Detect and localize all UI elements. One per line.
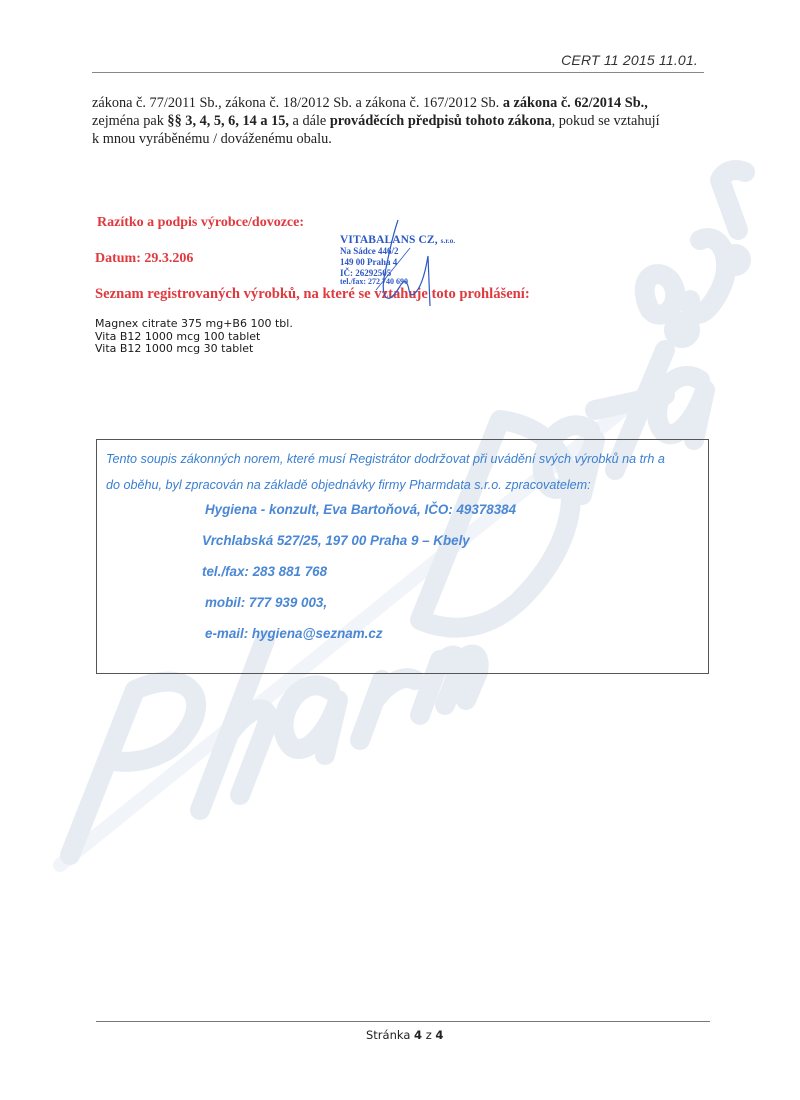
sections-bold: §§ 3, 4, 5, 6, 14 a 15,: [167, 113, 289, 129]
processor-info-box: Tento soupis zákonných norem, které musí…: [96, 439, 709, 674]
paragraph-line-2: zejména pak §§ 3, 4, 5, 6, 14 a 15, a dá…: [92, 112, 712, 130]
legal-paragraph: zákona č. 77/2011 Sb., zákona č. 18/2012…: [92, 94, 712, 148]
document-reference: CERT 11 2015 11.01.: [561, 52, 698, 68]
contact-phone: tel./fax: 283 881 768: [202, 556, 516, 587]
product-list: Magnex citrate 375 mg+B6 100 tbl. Vita B…: [95, 318, 293, 356]
document-page: CERT 11 2015 11.01. zákona č. 77/2011 Sb…: [0, 0, 800, 1100]
contact-email: e-mail: hygiena@seznam.cz: [202, 618, 516, 649]
regulations-bold: prováděcích předpisů tohoto zákona: [330, 113, 552, 129]
date-label: Datum: 29.3.206: [95, 251, 193, 267]
product-item: Vita B12 1000 mcg 30 tablet: [95, 343, 293, 356]
page-number: Stránka 4 z 4: [366, 1028, 443, 1042]
processor-contact: Hygiena - konzult, Eva Bartoňová, IČO: 4…: [202, 494, 516, 649]
paragraph-line-3: k mnou vyráběnému / dováženému obalu.: [92, 130, 712, 148]
contact-mobile: mobil: 777 939 003,: [202, 587, 516, 618]
contact-address: Vrchlabská 527/25, 197 00 Praha 9 – Kbel…: [202, 525, 516, 556]
footer-divider: [96, 1021, 710, 1022]
info-intro-text: Tento soupis zákonných norem, které musí…: [106, 446, 706, 498]
stamp-signature-label: Razítko a podpis výrobce/dovozce:: [97, 215, 304, 231]
product-item: Magnex citrate 375 mg+B6 100 tbl.: [95, 318, 293, 331]
products-heading: Seznam registrovaných výrobků, na které …: [95, 286, 530, 303]
header-divider: [92, 72, 704, 73]
handwritten-signature: [370, 218, 450, 308]
contact-name: Hygiena - konzult, Eva Bartoňová, IČO: 4…: [202, 494, 516, 525]
law-reference-bold: a zákona č. 62/2014 Sb.,: [503, 95, 648, 111]
paragraph-line-1: zákona č. 77/2011 Sb., zákona č. 18/2012…: [92, 94, 712, 112]
